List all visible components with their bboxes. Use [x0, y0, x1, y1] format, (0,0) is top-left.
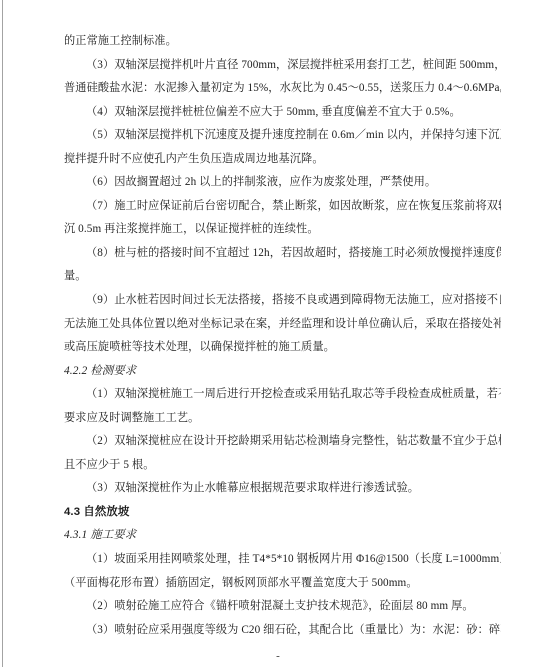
text-line: （8）桩与桩的搭接时间不宜超过 12h，若因故超时，搭接施工时必须放慢搅拌速度保… [64, 242, 501, 266]
text-line: （3）双轴深搅桩作为止水帷幕应根据规范要求取样进行渗透试验。 [64, 477, 501, 501]
text-line: 或高压旋喷桩等技术处理，以确保搅拌桩的施工质量。 [64, 336, 501, 360]
section-heading: 4.3.1 施工要求 [64, 524, 501, 548]
text-block: 的正常施工控制标准。（3）双轴深层搅拌机叶片直径 700mm，深层搅拌桩采用套打… [64, 30, 501, 642]
page-number-mark: - [0, 648, 556, 664]
text-line: （平面梅花形布置）插筋固定，钢板网顶部水平覆盖宽度大于 500mm。 [64, 572, 501, 596]
section-heading: 4.2.2 检测要求 [64, 360, 501, 384]
text-line: （1）坡面采用挂网喷浆处理，挂 T4*5*10 钢板网片用 Φ16@1500（长… [64, 548, 501, 572]
text-line: 搅拌提升时不应使孔内产生负压造成周边地基沉降。 [64, 148, 501, 172]
page-left-border [2, 0, 3, 667]
text-line: （2）喷射砼施工应符合《锚杆喷射混凝土支护技术规范》，砼面层 80 mm 厚。 [64, 595, 501, 619]
text-line: （1）双轴深搅桩施工一周后进行开挖检查或采用钻孔取芯等手段检查成桩质量，若不符合… [64, 383, 501, 407]
text-line: （3）喷射砼应采用强度等级为 C20 细石砼，其配合比（重量比）为：水泥：砂：碎… [64, 619, 501, 643]
text-line: 的正常施工控制标准。 [64, 30, 501, 54]
text-line: 且不应少于 5 根。 [64, 454, 501, 478]
text-line: （2）双轴深搅桩应在设计开挖龄期采用钻芯检测墙身完整性，钻芯数量不宜少于总桩数的… [64, 430, 501, 454]
text-line: （7）施工时应保证前后台密切配合，禁止断浆，如因故断浆，应在恢复压浆前将双轴搅拌… [64, 195, 501, 219]
text-line: 要求应及时调整施工工艺。 [64, 407, 501, 431]
document-page: 的正常施工控制标准。（3）双轴深层搅拌机叶片直径 700mm，深层搅拌桩采用套打… [0, 0, 556, 667]
text-line: （3）双轴深层搅拌机叶片直径 700mm，深层搅拌桩采用套打工艺，桩间距 500… [64, 54, 501, 78]
text-line: （6）因故搁置超过 2h 以上的拌制浆液，应作为废浆处理，严禁使用。 [64, 171, 501, 195]
text-line: （5）双轴深层搅拌机下沉速度及提升速度控制在 0.6m／min 以内，并保持匀速… [64, 124, 501, 148]
text-line: 普通硅酸盐水泥：水泥掺入量初定为 15%，水灰比为 0.45～0.55，送浆压力… [64, 77, 501, 101]
text-line: 无法施工处具体位置以绝对坐标记录在案，并经监理和设计单位确认后，采取在搭接处补做… [64, 313, 501, 337]
text-line: （4）双轴深层搅拌桩桩位偏差不应大于 50mm, 垂直度偏差不宜大于 0.5%。 [64, 101, 501, 125]
text-line: 沉 0.5m 再注浆搅拌施工，以保证搅拌桩的连续性。 [64, 218, 501, 242]
text-line: 量。 [64, 265, 501, 289]
text-line: （9）止水桩若因时间过长无法搭接，搭接不良或遇到障碍物无法施工，应对搭接不良遇障… [64, 289, 501, 313]
section-heading: 4.3 自然放坡 [64, 501, 501, 525]
